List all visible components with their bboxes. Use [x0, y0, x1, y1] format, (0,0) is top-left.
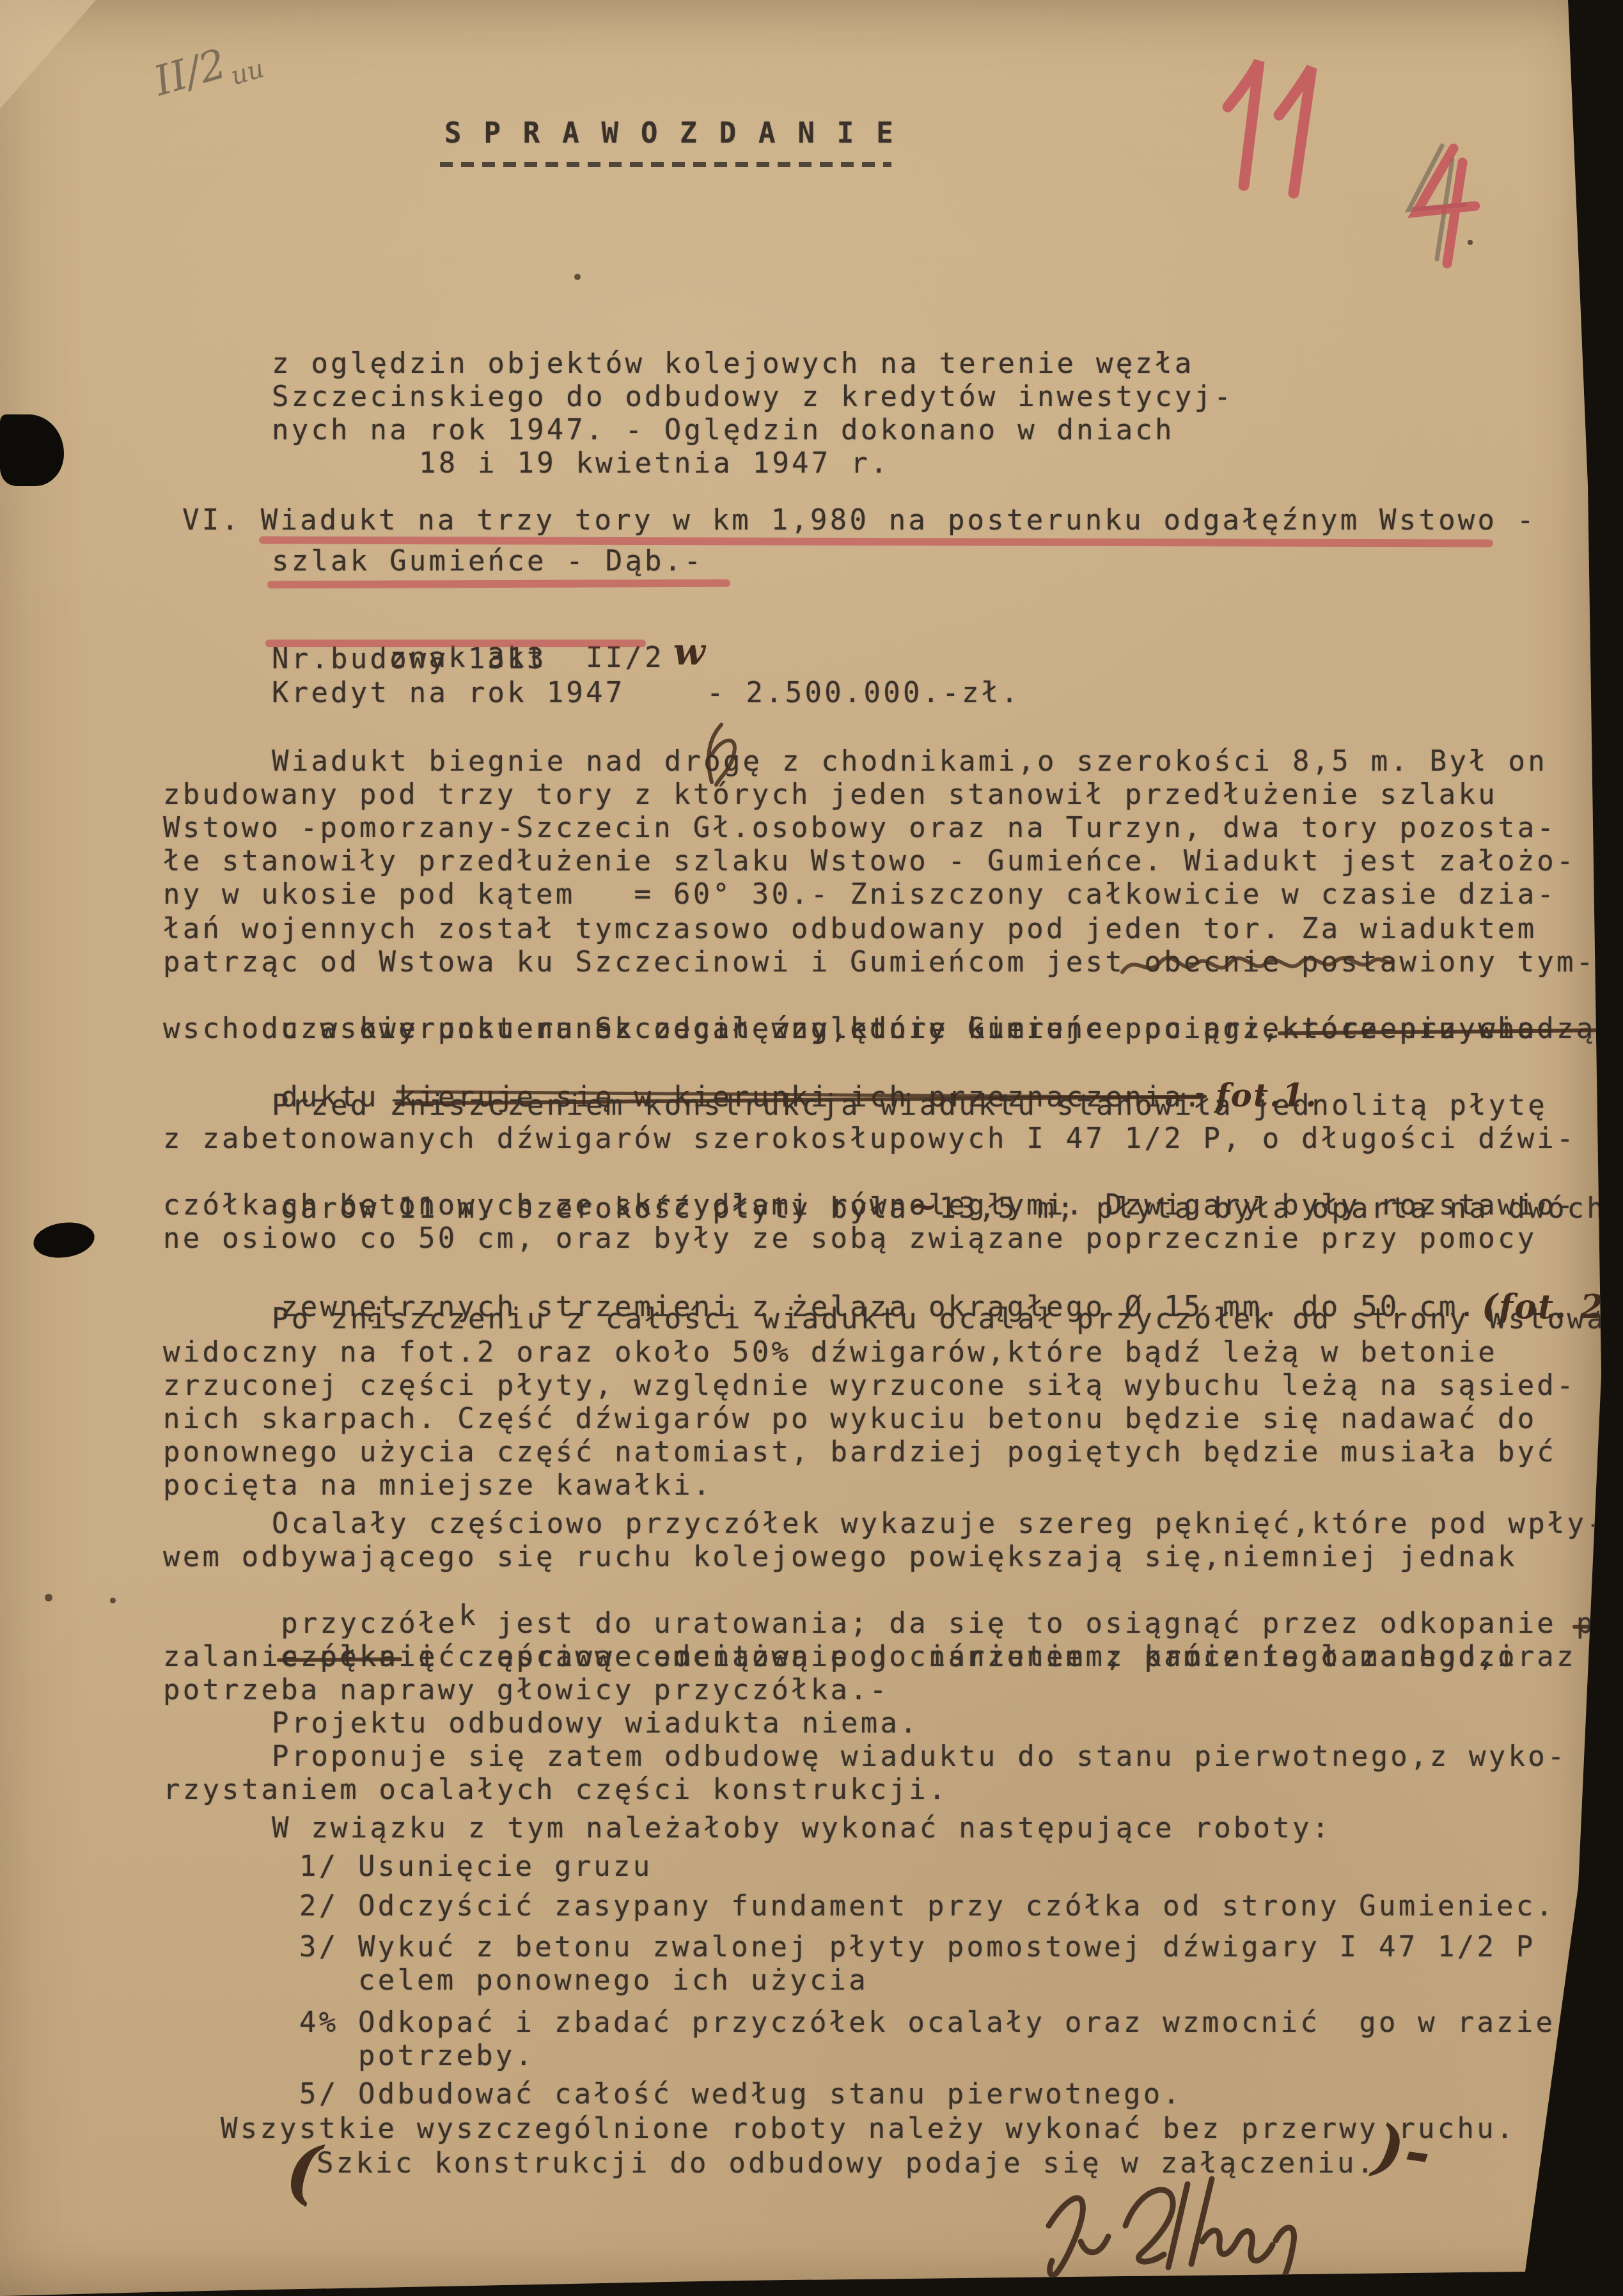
- paragraph-3-line-5: ponownego użycia część natomiast, bardzi…: [163, 1436, 1556, 1469]
- paragraph-1-line-2: zbudowany pod trzy tory z których jeden …: [163, 778, 1498, 812]
- footer-note-line: Wszystkie wyszczególnione roboty należy …: [221, 2112, 1516, 2146]
- signature: [1020, 2165, 1378, 2296]
- closing-line-1: Projektu odbudowy wiadukta niema.: [272, 1707, 920, 1740]
- section-heading-line-1: VI. Wiadukt na trzy tory w km 1,980 na p…: [182, 504, 1537, 537]
- pencil-archive-mark-text: II/2: [149, 40, 231, 106]
- closing-line-2: Proponuje się zatem odbudowę wiaduktu do…: [272, 1740, 1567, 1773]
- paragraph-1-line-5: ny w ukosie pod kątem = 60° 30.- Zniszcz…: [163, 878, 1556, 911]
- pencil-archive-mark: II/2uu: [149, 31, 263, 106]
- closing-line-3: rzystaniem ocalałych części konstrukcji.: [163, 1773, 948, 1807]
- paragraph-3-line-1: Po zniszczeniu z całości wiaduktu ocalał…: [272, 1303, 1606, 1336]
- paragraph-2-line-5: ne osiowo co 50 cm, oraz były ze sobą zw…: [163, 1222, 1537, 1255]
- paragraph-4-line-5: zalanie pęknięć zaprawą cementową pod ci…: [163, 1640, 1517, 1674]
- paragraph-1-line-9: wschodu w kierunku na Szczecin względnie…: [163, 1012, 1556, 1046]
- paragraph-1-line-1: Wiadukt biegnie nad drogę z chodnikami,o…: [272, 745, 1548, 778]
- scanned-report-page: II/2uu S P R A W O Z D A N I E z oględzi…: [0, 0, 1623, 2296]
- task-item-2: 2/ Odczyścić zasypany fundament przy czó…: [299, 1890, 1555, 1923]
- ink-blob-2: [31, 1219, 97, 1262]
- credit-line-label: Kredyt na rok 1947: [272, 677, 625, 710]
- paper-sheet: II/2uu S P R A W O Z D A N I E z oględzi…: [0, 0, 1623, 2296]
- red-corner-number: [1397, 141, 1506, 275]
- paragraph-3-line-2: widoczny na fot.2 oraz około 50% dźwigar…: [163, 1336, 1498, 1369]
- paragraph-3-line-4: nich skarpach. Część dźwigarów po wykuci…: [163, 1403, 1537, 1436]
- paragraph-4-line-1: Ocalały częściowo przyczółek wykazuje sz…: [272, 1507, 1606, 1541]
- pencil-archive-mark-suffix: uu: [228, 54, 267, 91]
- akt-ink-mark: w: [673, 630, 707, 673]
- paper-speck-1: [574, 274, 581, 280]
- paragraph-1-line-3: Wstowo -pomorzany-Szczecin Gł.osobowy or…: [163, 812, 1556, 845]
- intro-line-3: nych na rok 1947. - Oględzin dokonano w …: [272, 414, 1175, 447]
- section-heading-line-2: szlak Gumieńce - Dąb.-: [272, 545, 703, 578]
- title-underline: [440, 162, 891, 167]
- credit-line-value: - 2.500.000.-zł.: [707, 677, 1021, 710]
- paper-speck-3: [110, 1598, 116, 1603]
- task-item-1: 1/ Usunięcie gruzu: [299, 1850, 652, 1883]
- ink-scribble: [1119, 948, 1400, 986]
- task-item-3-wrap: celem ponownego ich użycia: [358, 1964, 868, 1997]
- task-item-4: 4% Odkopać i zbadać przyczółek ocalały o…: [299, 2006, 1555, 2040]
- ink-insertion-mark: [683, 719, 760, 793]
- red-page-number: [1212, 40, 1365, 206]
- paragraph-1-line-4: łe stanowiły przedłużenie szlaku Wstowo …: [163, 845, 1576, 878]
- intro-line-1: z oględzin objektów kolejowych na tereni…: [272, 347, 1194, 381]
- paper-speck-4: [1468, 240, 1473, 245]
- intro-line-2: Szczecinskiego do odbudowy z kredytów in…: [272, 381, 1234, 414]
- paper-speck-2: [45, 1594, 52, 1601]
- paragraph-2-line-4: czółkach betonowych ze skrzydłami równol…: [163, 1189, 1576, 1222]
- red-underline-2: [267, 579, 730, 589]
- ink-blob-1: [0, 414, 64, 486]
- paragraph-4-line-6: potrzeba naprawy głowicy przyczółka.-: [163, 1674, 890, 1707]
- torn-corner: [0, 0, 102, 115]
- paragraph-3-line-6: pocięta na mniejsze kawałki.: [163, 1469, 712, 1502]
- intro-line-4: 18 i 19 kwietnia 1947 r.: [419, 447, 890, 480]
- task-item-5: 5/ Odbudować całość według stanu pierwot…: [299, 2078, 1182, 2111]
- paragraph-3-line-3: zrzuconej części płyty, względnie wyrzuc…: [163, 1369, 1576, 1403]
- paragraph-1-line-6: łań wojennych został tymczasowo odbudowa…: [163, 913, 1537, 946]
- close-paren-ink: )-: [1370, 2110, 1437, 2189]
- closing-line-4: W związku z tym należałoby wykonać nastę…: [272, 1812, 1331, 1845]
- task-item-3: 3/ Wykuć z betonu zwalonej płyty pomosto…: [299, 1931, 1536, 1964]
- paragraph-4-line-2: wem odbywającego się ruchu kolejowego po…: [163, 1541, 1517, 1574]
- task-item-4-wrap: potrzeby.: [358, 2040, 535, 2073]
- paragraph-2-line-1: Przed zniszczeniem konstrukcja wiaduktu …: [272, 1089, 1548, 1122]
- building-number-line: Nr.budowy 1313: [272, 643, 547, 676]
- paragraph-2-line-2: z zabetonowanych dźwigarów szerokosłupow…: [163, 1122, 1576, 1156]
- report-title: S P R A W O Z D A N I E: [444, 117, 896, 150]
